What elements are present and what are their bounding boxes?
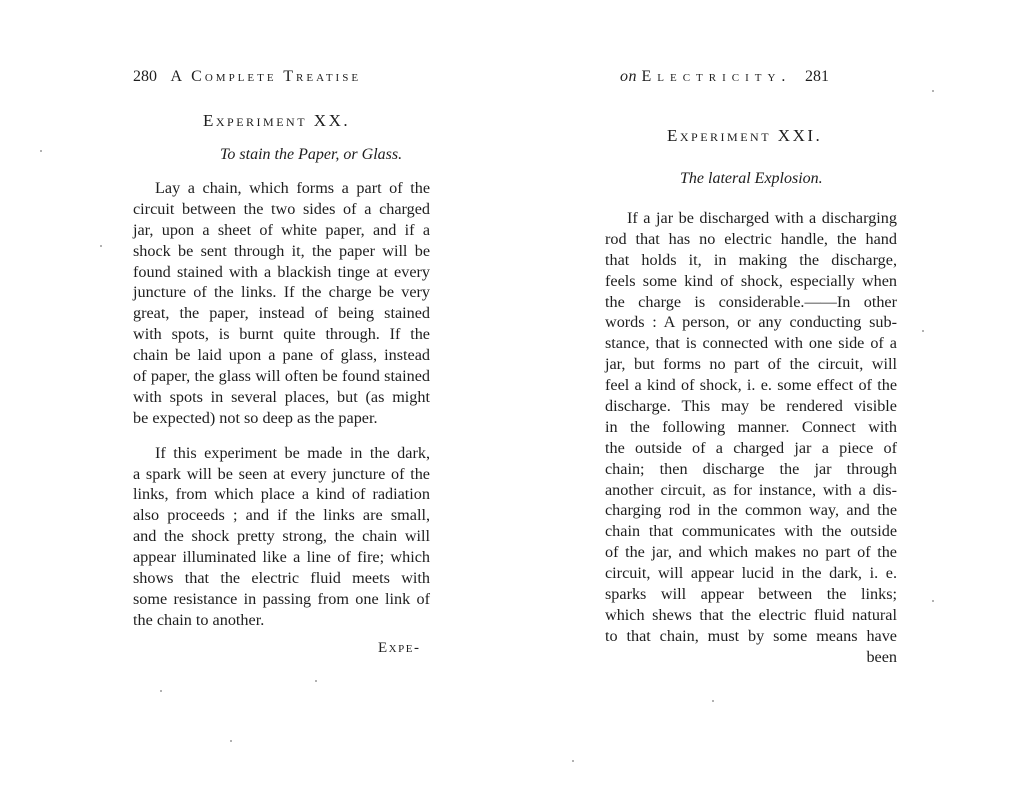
running-head-right: on Electricity. 281 <box>620 68 829 86</box>
page-number: 281 <box>805 68 829 85</box>
text-line: be expected) not so deep as the paper. <box>133 408 430 429</box>
text-line: chain; then discharge the jar through <box>605 459 897 480</box>
text-line: jar, upon a sheet of white paper, and if… <box>133 220 430 241</box>
text-line: discharge. This may be rendered visible <box>605 396 897 417</box>
text-line: a spark will be seen at every juncture o… <box>133 464 430 485</box>
paper-speck <box>572 760 574 762</box>
text-line: great, the paper, instead of being stain… <box>133 303 430 324</box>
paper-speck <box>230 740 232 742</box>
text-line: sparks will appear between the links; <box>605 584 897 605</box>
experiment-title: Experiment XXI. <box>667 126 822 146</box>
text-line: the charge is considerable.——In other <box>605 292 897 313</box>
catchword: Expe- <box>378 640 420 657</box>
paper-speck <box>40 150 42 152</box>
text-line: also proceeds ; and if the links are sma… <box>133 505 430 526</box>
text-line: Lay a chain, which forms a part of the <box>133 178 430 199</box>
text-line: links, from which place a kind of radiat… <box>133 484 430 505</box>
catchword: been <box>605 647 897 668</box>
text-line: that holds it, in making the discharge, <box>605 250 897 271</box>
text-line: circuit, will appear lucid in the dark, … <box>605 563 897 584</box>
body-text: Lay a chain, which forms a part of the c… <box>133 178 430 645</box>
text-line: the chain to another. <box>133 610 430 631</box>
experiment-title: Experiment XX. <box>203 111 350 131</box>
text-line: feels some kind of shock, especially whe… <box>605 271 897 292</box>
paragraph: Lay a chain, which forms a part of the c… <box>133 178 430 429</box>
text-line: jar, but forms no part of the circuit, w… <box>605 354 897 375</box>
experiment-subtitle: To stain the Paper, or Glass. <box>220 146 402 164</box>
text-line: charging rod in the common way, and the <box>605 500 897 521</box>
text-line: with spots, is burnt quite through. If t… <box>133 324 430 345</box>
text-line: and the shock pretty strong, the chain w… <box>133 526 430 547</box>
text-line: the outside of a charged jar a piece of <box>605 438 897 459</box>
text-line: chain be laid upon a pane of glass, inst… <box>133 345 430 366</box>
text-line: found stained with a blackish tinge at e… <box>133 262 430 283</box>
running-head-title: A Complete Treatise <box>171 68 362 85</box>
paper-speck <box>922 330 924 332</box>
text-line: to that chain, must by some means have <box>605 626 897 647</box>
text-line: words : A person, or any conducting sub- <box>605 312 897 333</box>
text-line: rod that has no electric handle, the han… <box>605 229 897 250</box>
paper-speck <box>932 90 934 92</box>
text-line: some resistance in passing from one link… <box>133 589 430 610</box>
paragraph: If this experiment be made in the dark, … <box>133 443 430 631</box>
text-line: with spots in several places, but (as mi… <box>133 387 430 408</box>
text-line: in the following manner. Connect with <box>605 417 897 438</box>
text-line: of paper, the glass will often be found … <box>133 366 430 387</box>
experiment-subtitle: The lateral Explosion. <box>680 170 823 188</box>
text-line: juncture of the links. If the charge be … <box>133 282 430 303</box>
text-line: circuit between the two sides of a charg… <box>133 199 430 220</box>
body-text: If a jar be discharged with a dischargin… <box>605 208 897 682</box>
paper-speck <box>932 600 934 602</box>
running-head-prefix: on <box>620 68 637 85</box>
running-head-left: 280 A Complete Treatise <box>133 68 361 86</box>
text-line: another circuit, as for instance, with a… <box>605 480 897 501</box>
text-line: shows that the electric fluid meets with <box>133 568 430 589</box>
left-page: 280 A Complete Treatise Experiment XX. T… <box>0 0 512 791</box>
page-number: 280 <box>133 68 157 85</box>
text-line: chain that communicates with the outside <box>605 521 897 542</box>
right-page: on Electricity. 281 Experiment XXI. The … <box>512 0 1024 791</box>
text-line: appear illuminated like a line of fire; … <box>133 547 430 568</box>
text-line: of the jar, and which makes no part of t… <box>605 542 897 563</box>
paper-speck <box>315 680 317 682</box>
text-line: If this experiment be made in the dark, <box>133 443 430 464</box>
running-head-title: Electricity. <box>642 68 792 85</box>
paper-speck <box>712 700 714 702</box>
paper-speck <box>100 245 102 247</box>
text-line: If a jar be discharged with a dischargin… <box>605 208 897 229</box>
paragraph: If a jar be discharged with a dischargin… <box>605 208 897 668</box>
text-line: stance, that is connected with one side … <box>605 333 897 354</box>
text-line: which shews that the electric fluid natu… <box>605 605 897 626</box>
paper-speck <box>160 690 162 692</box>
text-line: shock be sent through it, the paper will… <box>133 241 430 262</box>
text-line: feel a kind of shock, i. e. some effect … <box>605 375 897 396</box>
